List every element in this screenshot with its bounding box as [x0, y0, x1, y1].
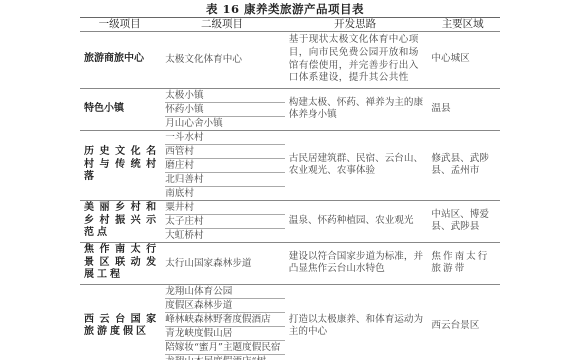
level2-item: 度假区森林步道: [165, 299, 285, 313]
header-area: 主要区域: [425, 18, 500, 32]
level2-item: 太极文化体育中心: [165, 53, 285, 66]
level2-cell: 太极文化体育中心: [159, 31, 285, 88]
table-header-row: 一级项目 二级项目 开发思路 主要区域: [80, 18, 500, 32]
level2-item: 月山心舍小镇: [165, 117, 285, 130]
table-row: 特色小镇 太极小镇 怀药小镇 月山心舍小镇 构建太极、怀药、禅养为主的康体养身小…: [80, 88, 500, 130]
level2-item: 太极小镇: [165, 89, 285, 103]
level2-item: 粟井村: [165, 201, 285, 215]
table-row: 西云台国家旅游度假区 龙翔山体育公园 度假区森林步道 峰林峡森林野奢度假酒店 青…: [80, 284, 500, 360]
area-cell: 温县: [425, 88, 500, 130]
level1-cell: 特色小镇: [80, 88, 159, 130]
level1-cell: 历史文化名村与传统村落: [80, 130, 159, 200]
level2-item: 南底村: [165, 187, 285, 200]
idea-cell: 基于现状太极文化体育中心项目，向市民免费公园开放和场馆有偿使用，并完善步行出入口…: [285, 31, 426, 88]
table-row: 美丽乡村和乡村振兴示范点 粟井村 太子庄村 大虹桥村 温泉、怀药种植园、农业观光…: [80, 200, 500, 242]
product-table: 一级项目 二级项目 开发思路 主要区域 旅游商旅中心 太极文化体育中心 基于现状…: [80, 17, 500, 360]
area-cell: 中站区、博爱县、武陟县: [425, 200, 500, 242]
idea-cell: 构建太极、怀药、禅养为主的康体养身小镇: [285, 88, 426, 130]
header-level2: 二级项目: [159, 18, 285, 32]
level2-cell: 粟井村 太子庄村 大虹桥村: [159, 200, 285, 242]
level2-item: 龙翔山木屋度假酒店“树: [165, 355, 285, 360]
level2-item: 太行山国家森林步道: [165, 257, 285, 270]
level2-item: 峰林峡森林野奢度假酒店: [165, 313, 285, 327]
level2-cell: 太极小镇 怀药小镇 月山心舍小镇: [159, 88, 285, 130]
level2-item: 太子庄村: [165, 215, 285, 229]
level2-cell: 太行山国家森林步道: [159, 242, 285, 284]
level1-cell: 焦作南太行景区联动发展工程: [80, 242, 159, 284]
idea-cell: 打造以太极康养、和体育运动为主的中心: [285, 284, 426, 360]
level1-cell: 西云台国家旅游度假区: [80, 284, 159, 360]
level1-cell: 旅游商旅中心: [80, 31, 159, 88]
level2-item: 龙翔山体育公园: [165, 285, 285, 299]
idea-cell: 建设以符合国家步道为标准，并凸显焦作云台山水特色: [285, 242, 426, 284]
level1-cell: 美丽乡村和乡村振兴示范点: [80, 200, 159, 242]
level2-item: 西管村: [165, 145, 285, 159]
table-row: 焦作南太行景区联动发展工程 太行山国家森林步道 建设以符合国家步道为标准，并凸显…: [80, 242, 500, 284]
level2-item: 磨庄村: [165, 159, 285, 173]
header-level1: 一级项目: [80, 18, 159, 32]
area-cell: 中心城区: [425, 31, 500, 88]
level2-item: 一斗水村: [165, 131, 285, 145]
level2-item: 怀药小镇: [165, 103, 285, 117]
table-row: 历史文化名村与传统村落 一斗水村 西管村 磨庄村 北归善村 南底村 古民居建筑群…: [80, 130, 500, 200]
header-idea: 开发思路: [285, 18, 426, 32]
table-row: 旅游商旅中心 太极文化体育中心 基于现状太极文化体育中心项目，向市民免费公园开放…: [80, 31, 500, 88]
idea-cell: 温泉、怀药种植园、农业观光: [285, 200, 426, 242]
area-cell: 西云台景区: [425, 284, 500, 360]
table-title: 表 16 康养类旅游产品项目表: [0, 1, 570, 17]
level2-cell: 一斗水村 西管村 磨庄村 北归善村 南底村: [159, 130, 285, 200]
level2-cell: 龙翔山体育公园 度假区森林步道 峰林峡森林野奢度假酒店 青龙峡度假山居 陪嫁妆“…: [159, 284, 285, 360]
level2-item: 青龙峡度假山居: [165, 327, 285, 341]
level2-item: 大虹桥村: [165, 229, 285, 242]
level2-item: 北归善村: [165, 173, 285, 187]
level2-item: 陪嫁妆“蜜月”主题度假民宿: [165, 341, 285, 355]
area-cell: 修武县、武陟县、孟州市: [425, 130, 500, 200]
area-cell: 焦作南太行旅游带: [425, 242, 500, 284]
idea-cell: 古民居建筑群、民宿、云台山、农业观光、农事体验: [285, 130, 426, 200]
